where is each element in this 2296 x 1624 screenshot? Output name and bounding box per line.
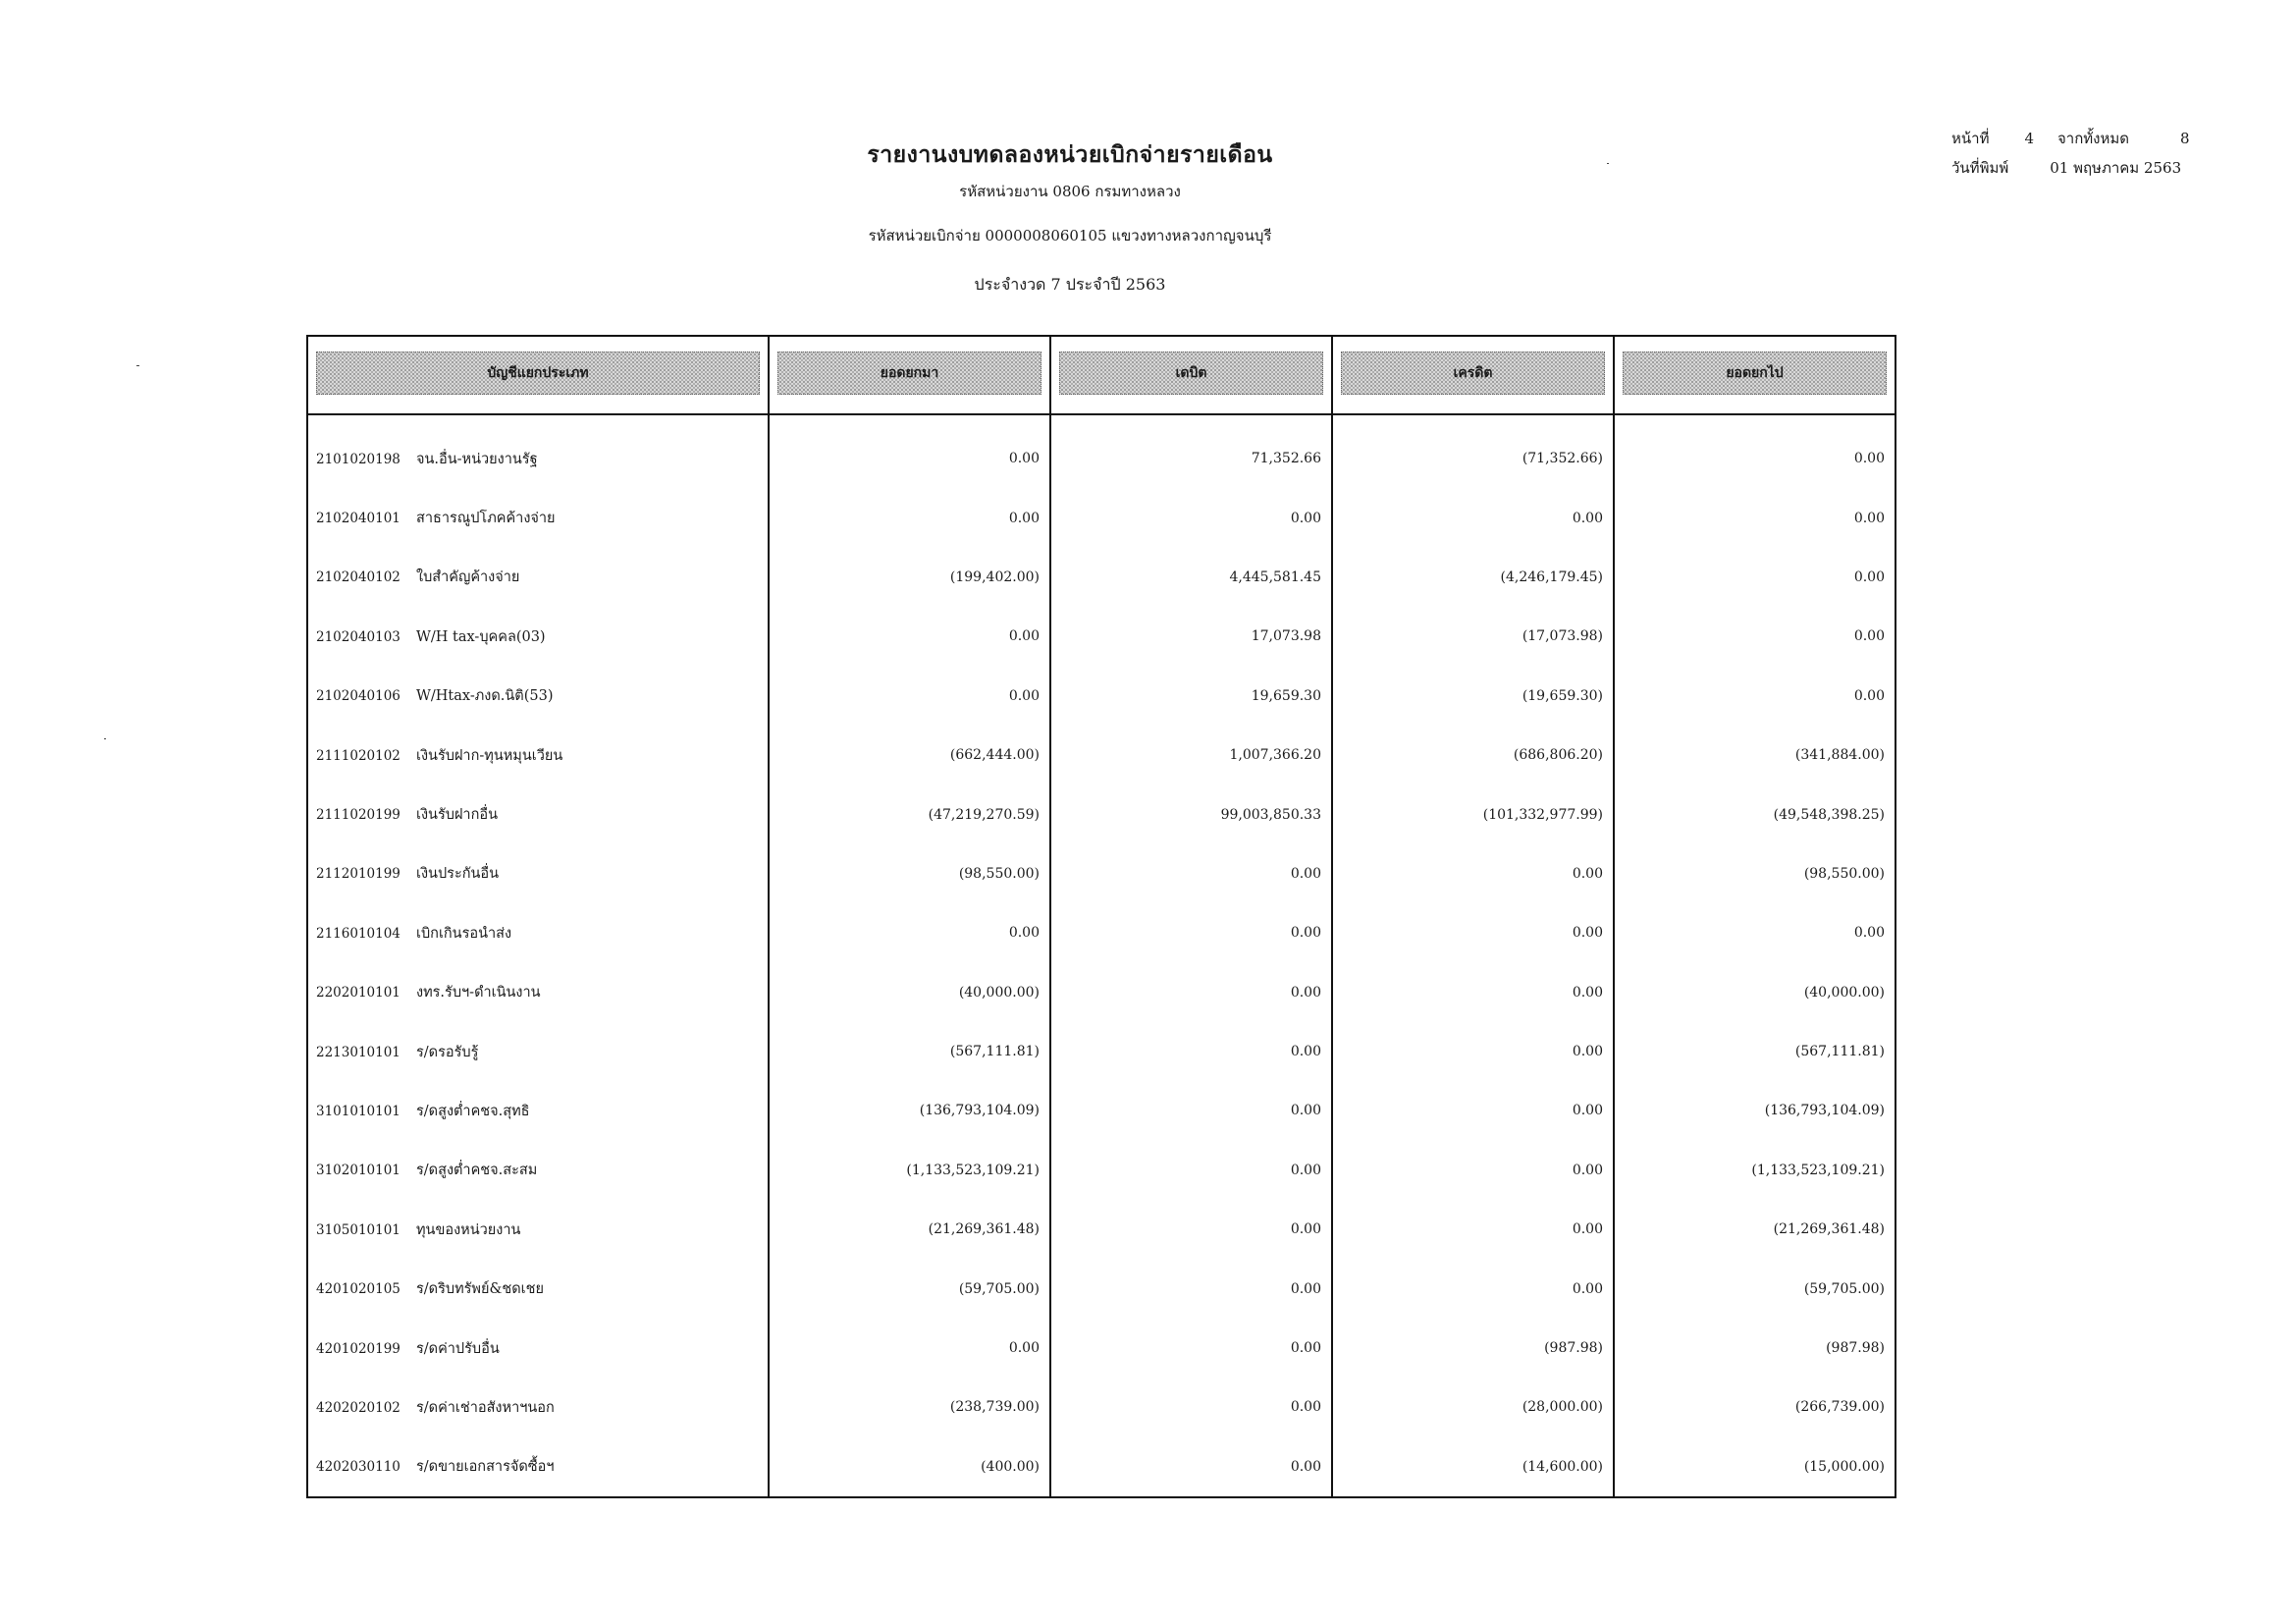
account-cell: 2111020199เงินรับฝากอื่น xyxy=(307,785,769,843)
scan-speck xyxy=(1607,163,1609,164)
opening-balance: (238,739.00) xyxy=(769,1378,1050,1436)
table-row: 2101020198จน.อื่น-หน่วยงานรัฐ0.0071,352.… xyxy=(307,414,1896,488)
opening-balance: (662,444.00) xyxy=(769,726,1050,785)
credit-amount: 0.00 xyxy=(1332,1022,1614,1081)
opening-balance: (1,133,523,109.21) xyxy=(769,1141,1050,1200)
table-body: 2101020198จน.อื่น-หน่วยงานรัฐ0.0071,352.… xyxy=(307,414,1896,1497)
account-code: 2111020199 xyxy=(316,807,402,823)
account-code: 2213010101 xyxy=(316,1045,402,1060)
opening-balance: 0.00 xyxy=(769,607,1050,666)
page-label: หน้าที่ xyxy=(1951,124,1989,153)
debit-amount: 0.00 xyxy=(1050,1319,1332,1378)
opening-balance: (59,705.00) xyxy=(769,1259,1050,1318)
closing-balance: (49,548,398.25) xyxy=(1614,785,1896,843)
account-name: เงินประกันอื่น xyxy=(402,862,499,885)
account-code: 3102010101 xyxy=(316,1163,402,1178)
credit-amount: 0.00 xyxy=(1332,844,1614,903)
account-name: ร/ดริบทรัพย์&ชดเชย xyxy=(402,1277,544,1300)
account-code: 2116010104 xyxy=(316,926,402,942)
account-cell: 2202010101งทร.รับฯ-ดำเนินงาน xyxy=(307,963,769,1022)
account-name: สาธารณูปโภคค้างจ่าย xyxy=(402,507,556,529)
closing-balance: (21,269,361.48) xyxy=(1614,1200,1896,1259)
closing-balance: (567,111.81) xyxy=(1614,1022,1896,1081)
account-code: 3105010101 xyxy=(316,1222,402,1238)
closing-balance: (1,133,523,109.21) xyxy=(1614,1141,1896,1200)
column-header-credit: เครดิต xyxy=(1332,336,1614,414)
table-row: 2111020199เงินรับฝากอื่น(47,219,270.59)9… xyxy=(307,785,1896,843)
table-header-row: บัญชีแยกประเภท ยอดยกมา เดบิต เครดิต ยอดย… xyxy=(307,336,1896,414)
table-row: 2202010101งทร.รับฯ-ดำเนินงาน(40,000.00)0… xyxy=(307,963,1896,1022)
account-cell: 4202020102ร/ดค่าเช่าอสังหาฯนอก xyxy=(307,1378,769,1436)
account-code: 4202020102 xyxy=(316,1400,402,1416)
account-code: 2102040101 xyxy=(316,511,402,526)
report-title: รายงานงบทดลองหน่วยเบิกจ่ายรายเดือน xyxy=(687,137,1453,173)
account-name: ทุนของหน่วยงาน xyxy=(402,1218,520,1241)
closing-balance: 0.00 xyxy=(1614,488,1896,547)
debit-amount: 0.00 xyxy=(1050,844,1332,903)
account-name: ใบสำคัญค้างจ่าย xyxy=(402,566,519,588)
opening-balance: (21,269,361.48) xyxy=(769,1200,1050,1259)
credit-amount: (71,352.66) xyxy=(1332,414,1614,488)
opening-balance: 0.00 xyxy=(769,667,1050,726)
page-meta: หน้าที่4จากทั้งหมด8 วันที่พิมพ์01 พฤษภาค… xyxy=(1951,124,2190,183)
table-row: 3102010101ร/ดสูงต่ำคชจ.สะสม(1,133,523,10… xyxy=(307,1141,1896,1200)
table-row: 2111020102เงินรับฝาก-ทุนหมุนเวียน(662,44… xyxy=(307,726,1896,785)
opening-balance: (567,111.81) xyxy=(769,1022,1050,1081)
table-row: 4202030110ร/ดขายเอกสารจัดซื้อฯ(400.00)0.… xyxy=(307,1437,1896,1497)
account-name: เบิกเกินรอนำส่ง xyxy=(402,922,511,945)
debit-amount: 4,445,581.45 xyxy=(1050,548,1332,607)
credit-amount: (19,659.30) xyxy=(1332,667,1614,726)
account-cell: 4202030110ร/ดขายเอกสารจัดซื้อฯ xyxy=(307,1437,769,1497)
account-name: W/Htax-ภงด.นิติ(53) xyxy=(402,684,554,707)
closing-balance: 0.00 xyxy=(1614,903,1896,962)
debit-amount: 0.00 xyxy=(1050,1259,1332,1318)
credit-amount: 0.00 xyxy=(1332,1141,1614,1200)
credit-amount: (28,000.00) xyxy=(1332,1378,1614,1436)
debit-amount: 0.00 xyxy=(1050,1022,1332,1081)
table-row: 2102040103W/H tax-บุคคล(03)0.0017,073.98… xyxy=(307,607,1896,666)
account-cell: 2102040102ใบสำคัญค้างจ่าย xyxy=(307,548,769,607)
closing-balance: (59,705.00) xyxy=(1614,1259,1896,1318)
credit-amount: (14,600.00) xyxy=(1332,1437,1614,1497)
opening-balance: (136,793,104.09) xyxy=(769,1081,1050,1140)
account-name: ร/ดรอรับรู้ xyxy=(402,1041,478,1063)
account-name: ร/ดค่าปรับอื่น xyxy=(402,1337,500,1360)
table-row: 3101010101ร/ดสูงต่ำคชจ.สุทธิ(136,793,104… xyxy=(307,1081,1896,1140)
account-code: 2101020198 xyxy=(316,452,402,467)
table-row: 2116010104เบิกเกินรอนำส่ง0.000.000.000.0… xyxy=(307,903,1896,962)
closing-balance: 0.00 xyxy=(1614,607,1896,666)
scan-speck xyxy=(104,738,106,739)
closing-balance: (341,884.00) xyxy=(1614,726,1896,785)
account-code: 2112010199 xyxy=(316,866,402,882)
account-code: 2102040103 xyxy=(316,629,402,645)
account-cell: 2102040101สาธารณูปโภคค้างจ่าย xyxy=(307,488,769,547)
opening-balance: 0.00 xyxy=(769,488,1050,547)
table-row: 3105010101ทุนของหน่วยงาน(21,269,361.48)0… xyxy=(307,1200,1896,1259)
account-name: ร/ดสูงต่ำคชจ.สุทธิ xyxy=(402,1100,529,1122)
column-header-opening: ยอดยกมา xyxy=(769,336,1050,414)
credit-amount: (17,073.98) xyxy=(1332,607,1614,666)
opening-balance: 0.00 xyxy=(769,1319,1050,1378)
account-name: เงินรับฝากอื่น xyxy=(402,803,498,826)
table-row: 2102040101สาธารณูปโภคค้างจ่าย0.000.000.0… xyxy=(307,488,1896,547)
scan-speck xyxy=(136,365,139,366)
opening-balance: (400.00) xyxy=(769,1437,1050,1497)
account-cell: 2112010199เงินประกันอื่น xyxy=(307,844,769,903)
account-code: 2202010101 xyxy=(316,985,402,1001)
debit-amount: 17,073.98 xyxy=(1050,607,1332,666)
debit-amount: 19,659.30 xyxy=(1050,667,1332,726)
credit-amount: 0.00 xyxy=(1332,488,1614,547)
closing-balance: (136,793,104.09) xyxy=(1614,1081,1896,1140)
account-code: 4202030110 xyxy=(316,1459,402,1475)
account-name: ร/ดสูงต่ำคชจ.สะสม xyxy=(402,1159,537,1181)
account-cell: 2102040103W/H tax-บุคคล(03) xyxy=(307,607,769,666)
account-cell: 2101020198จน.อื่น-หน่วยงานรัฐ xyxy=(307,414,769,488)
account-code: 2102040106 xyxy=(316,688,402,704)
account-code: 2102040102 xyxy=(316,569,402,585)
debit-amount: 0.00 xyxy=(1050,1378,1332,1436)
opening-balance: 0.00 xyxy=(769,903,1050,962)
debit-amount: 0.00 xyxy=(1050,1141,1332,1200)
total-label: จากทั้งหมด xyxy=(2057,130,2129,147)
print-date-label: วันที่พิมพ์ xyxy=(1951,153,2008,183)
closing-balance: 0.00 xyxy=(1614,667,1896,726)
closing-balance: (987.98) xyxy=(1614,1319,1896,1378)
credit-amount: (101,332,977.99) xyxy=(1332,785,1614,843)
opening-balance: (47,219,270.59) xyxy=(769,785,1050,843)
table-row: 4201020105ร/ดริบทรัพย์&ชดเชย(59,705.00)0… xyxy=(307,1259,1896,1318)
credit-amount: (686,806.20) xyxy=(1332,726,1614,785)
page-counter: หน้าที่4จากทั้งหมด8 xyxy=(1951,124,2190,153)
closing-balance: (15,000.00) xyxy=(1614,1437,1896,1497)
table-row: 4202020102ร/ดค่าเช่าอสังหาฯนอก(238,739.0… xyxy=(307,1378,1896,1436)
closing-balance: 0.00 xyxy=(1614,548,1896,607)
agency-line: รหัสหน่วยงาน 0806 กรมทางหลวง xyxy=(687,180,1453,203)
account-name: ร/ดค่าเช่าอสังหาฯนอก xyxy=(402,1396,555,1419)
debit-amount: 99,003,850.33 xyxy=(1050,785,1332,843)
opening-balance: 0.00 xyxy=(769,414,1050,488)
account-code: 4201020105 xyxy=(316,1281,402,1297)
debit-amount: 0.00 xyxy=(1050,1200,1332,1259)
account-name: งทร.รับฯ-ดำเนินงาน xyxy=(402,981,541,1003)
print-date-row: วันที่พิมพ์01 พฤษภาคม 2563 xyxy=(1951,153,2190,183)
debit-amount: 1,007,366.20 xyxy=(1050,726,1332,785)
trial-balance-table: บัญชีแยกประเภท ยอดยกมา เดบิต เครดิต ยอดย… xyxy=(306,335,1896,1498)
account-cell: 3105010101ทุนของหน่วยงาน xyxy=(307,1200,769,1259)
table-row: 2213010101ร/ดรอรับรู้(567,111.81)0.000.0… xyxy=(307,1022,1896,1081)
account-cell: 4201020105ร/ดริบทรัพย์&ชดเชย xyxy=(307,1259,769,1318)
account-name: เงินรับฝาก-ทุนหมุนเวียน xyxy=(402,744,562,767)
debit-amount: 0.00 xyxy=(1050,488,1332,547)
table-row: 4201020199ร/ดค่าปรับอื่น0.000.00(987.98)… xyxy=(307,1319,1896,1378)
account-cell: 2213010101ร/ดรอรับรู้ xyxy=(307,1022,769,1081)
account-name: จน.อื่น-หน่วยงานรัฐ xyxy=(402,448,538,470)
disbursing-unit-line: รหัสหน่วยเบิกจ่าย 0000008060105 แขวงทางห… xyxy=(687,224,1453,247)
debit-amount: 0.00 xyxy=(1050,1081,1332,1140)
credit-amount: (987.98) xyxy=(1332,1319,1614,1378)
column-header-debit: เดบิต xyxy=(1050,336,1332,414)
table-row: 2112010199เงินประกันอื่น(98,550.00)0.000… xyxy=(307,844,1896,903)
account-cell: 2102040106W/Htax-ภงด.นิติ(53) xyxy=(307,667,769,726)
print-date: 01 พฤษภาคม 2563 xyxy=(2050,159,2181,177)
debit-amount: 0.00 xyxy=(1050,903,1332,962)
credit-amount: 0.00 xyxy=(1332,903,1614,962)
credit-amount: 0.00 xyxy=(1332,963,1614,1022)
account-code: 3101010101 xyxy=(316,1104,402,1119)
account-name: ร/ดขายเอกสารจัดซื้อฯ xyxy=(402,1455,554,1478)
debit-amount: 71,352.66 xyxy=(1050,414,1332,488)
account-cell: 2111020102เงินรับฝาก-ทุนหมุนเวียน xyxy=(307,726,769,785)
account-cell: 3101010101ร/ดสูงต่ำคชจ.สุทธิ xyxy=(307,1081,769,1140)
opening-balance: (98,550.00) xyxy=(769,844,1050,903)
account-cell: 2116010104เบิกเกินรอนำส่ง xyxy=(307,903,769,962)
total-pages: 8 xyxy=(2180,130,2190,147)
opening-balance: (199,402.00) xyxy=(769,548,1050,607)
credit-amount: (4,246,179.45) xyxy=(1332,548,1614,607)
column-header-closing: ยอดยกไป xyxy=(1614,336,1896,414)
opening-balance: (40,000.00) xyxy=(769,963,1050,1022)
period-line: ประจำงวด 7 ประจำปี 2563 xyxy=(687,273,1453,298)
page-number: 4 xyxy=(2024,130,2034,147)
debit-amount: 0.00 xyxy=(1050,963,1332,1022)
closing-balance: (40,000.00) xyxy=(1614,963,1896,1022)
credit-amount: 0.00 xyxy=(1332,1200,1614,1259)
account-name: W/H tax-บุคคล(03) xyxy=(402,625,546,648)
closing-balance: (266,739.00) xyxy=(1614,1378,1896,1436)
account-code: 4201020199 xyxy=(316,1341,402,1357)
closing-balance: 0.00 xyxy=(1614,414,1896,488)
debit-amount: 0.00 xyxy=(1050,1437,1332,1497)
table-row: 2102040106W/Htax-ภงด.นิติ(53)0.0019,659.… xyxy=(307,667,1896,726)
closing-balance: (98,550.00) xyxy=(1614,844,1896,903)
account-cell: 3102010101ร/ดสูงต่ำคชจ.สะสม xyxy=(307,1141,769,1200)
column-header-account: บัญชีแยกประเภท xyxy=(307,336,769,414)
account-cell: 4201020199ร/ดค่าปรับอื่น xyxy=(307,1319,769,1378)
account-code: 2111020102 xyxy=(316,748,402,764)
credit-amount: 0.00 xyxy=(1332,1259,1614,1318)
credit-amount: 0.00 xyxy=(1332,1081,1614,1140)
table-row: 2102040102ใบสำคัญค้างจ่าย(199,402.00)4,4… xyxy=(307,548,1896,607)
